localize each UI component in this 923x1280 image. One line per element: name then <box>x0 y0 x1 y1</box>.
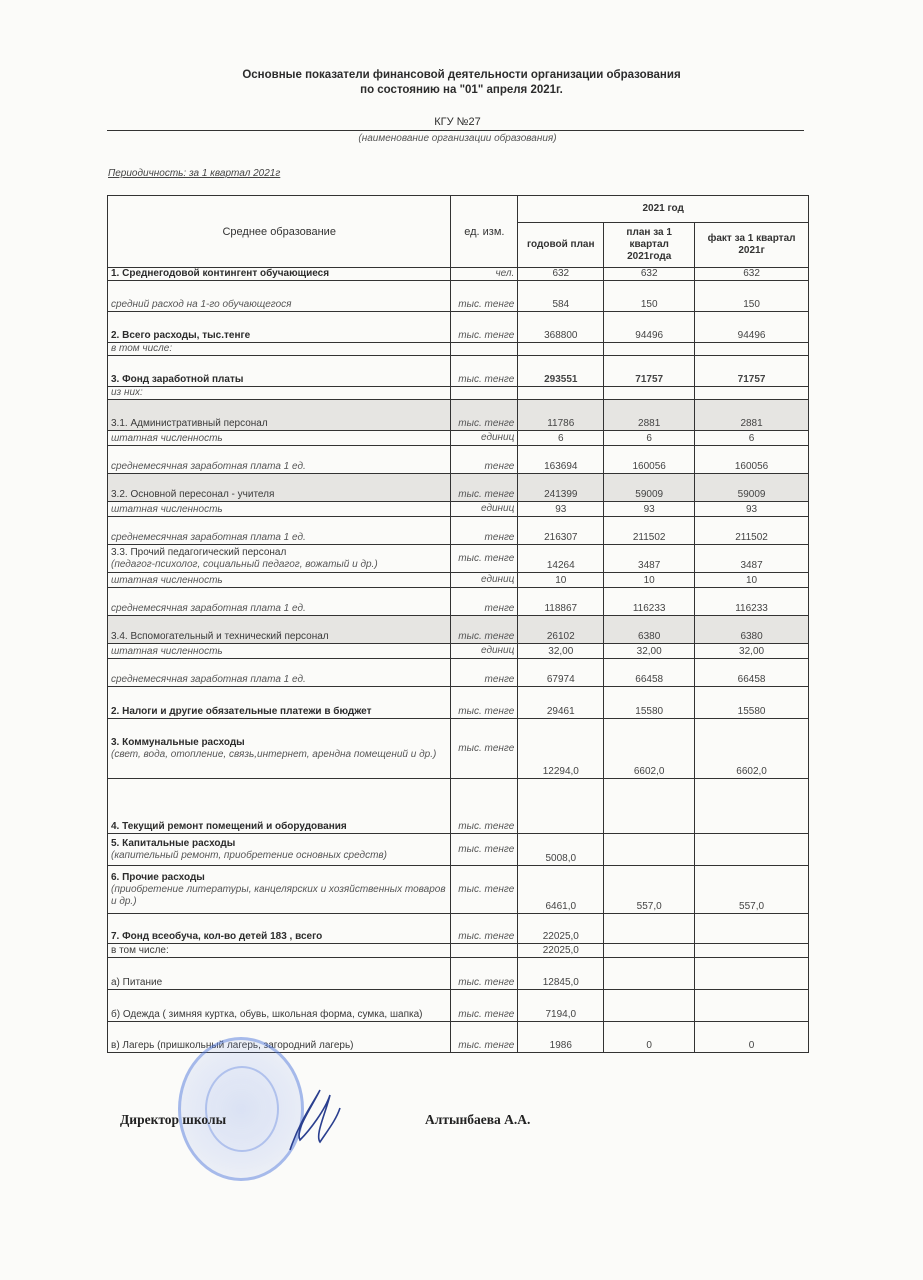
row-label: среднемесячная заработная плата 1 ед. <box>108 588 451 616</box>
row-value-annual: 14264 <box>518 545 604 573</box>
row-value-fact: 150 <box>695 281 809 312</box>
row-value-annual: 6 <box>518 431 604 446</box>
row-value-fact: 32,00 <box>695 644 809 659</box>
table-row: 3.1. Административный персоналтыс. тенге… <box>108 400 809 431</box>
col-header-annual: годовой план <box>518 223 604 268</box>
row-unit: тыс. тенге <box>451 474 518 502</box>
col-header-fact-q1: факт за 1 квартал 2021г <box>695 223 809 268</box>
row-value-plan: 15580 <box>604 687 695 719</box>
organization-underline <box>107 130 804 131</box>
row-value-fact: 3487 <box>695 545 809 573</box>
row-value-plan <box>604 779 695 834</box>
row-unit: тыс. тенге <box>451 400 518 431</box>
signature-name: Алтынбаева А.А. <box>425 1112 530 1128</box>
row-unit: единиц <box>451 431 518 446</box>
row-label: штатная численность <box>108 573 451 588</box>
organization-caption: (наименование организации образования) <box>107 133 808 144</box>
row-value-plan: 160056 <box>604 446 695 474</box>
row-value-plan <box>604 343 695 356</box>
table-row: из них: <box>108 387 809 400</box>
row-value-plan <box>604 914 695 944</box>
row-unit: тыс. тенге <box>451 779 518 834</box>
stamp-emblem <box>205 1066 279 1152</box>
row-label: штатная численность <box>108 431 451 446</box>
row-value-fact: 10 <box>695 573 809 588</box>
row-label: а) Питание <box>108 958 451 990</box>
row-label-text: среднемесячная заработная плата 1 ед. <box>111 532 306 543</box>
row-unit: тыс. тенге <box>451 312 518 343</box>
row-value-fact: 116233 <box>695 588 809 616</box>
row-label: 6. Прочие расходы(приобретение литератур… <box>108 866 451 914</box>
row-sublabel: (педагог-психолог, социальный педагог, в… <box>111 559 447 571</box>
row-label-text: в том числе: <box>111 343 172 354</box>
row-value-plan: 32,00 <box>604 644 695 659</box>
row-value-annual: 163694 <box>518 446 604 474</box>
row-unit: тыс. тенге <box>451 990 518 1022</box>
row-value-plan: 3487 <box>604 545 695 573</box>
table-row: 3.3. Прочий педагогический персонал(педа… <box>108 545 809 573</box>
col-header-year: 2021 год <box>518 196 809 223</box>
row-value-fact <box>695 834 809 866</box>
row-label-text: б) Одежда ( зимняя куртка, обувь, школьн… <box>111 1009 422 1020</box>
table-row: среднемесячная заработная плата 1 ед.тен… <box>108 446 809 474</box>
table-row: штатная численностьединиц666 <box>108 431 809 446</box>
row-unit: тенге <box>451 588 518 616</box>
row-label: 1. Среднегодовой контингент обучающиеся <box>108 268 451 281</box>
row-value-annual <box>518 387 604 400</box>
row-value-annual: 93 <box>518 502 604 517</box>
row-value-plan: 10 <box>604 573 695 588</box>
row-value-plan: 557,0 <box>604 866 695 914</box>
row-label-text: 3. Коммунальные расходы <box>111 737 245 748</box>
table-row: б) Одежда ( зимняя куртка, обувь, школьн… <box>108 990 809 1022</box>
row-value-fact <box>695 944 809 958</box>
row-value-plan: 6380 <box>604 616 695 644</box>
row-value-annual: 241399 <box>518 474 604 502</box>
row-unit: тыс. тенге <box>451 545 518 573</box>
row-sublabel: (капительный ремонт, приобретение основн… <box>111 850 447 862</box>
row-value-plan: 66458 <box>604 659 695 687</box>
row-unit: тенге <box>451 446 518 474</box>
row-value-plan <box>604 944 695 958</box>
row-value-plan <box>604 958 695 990</box>
signature-position: Директор школы <box>120 1112 226 1128</box>
row-value-plan: 59009 <box>604 474 695 502</box>
row-unit: тыс. тенге <box>451 1022 518 1053</box>
table-row: 6. Прочие расходы(приобретение литератур… <box>108 866 809 914</box>
row-value-plan <box>604 834 695 866</box>
row-value-plan: 632 <box>604 268 695 281</box>
row-value-fact <box>695 990 809 1022</box>
row-label: из них: <box>108 387 451 400</box>
row-label-text: 2. Всего расходы, тыс.тенге <box>111 330 250 341</box>
title-line-2: по состоянию на "01" апреля 2021г. <box>0 83 923 98</box>
row-label-text: а) Питание <box>111 977 162 988</box>
row-label-text: штатная численность <box>111 575 223 586</box>
table-row: 2. Налоги и другие обязательные платежи … <box>108 687 809 719</box>
row-value-annual: 368800 <box>518 312 604 343</box>
row-value-fact: 0 <box>695 1022 809 1053</box>
row-label-text: 2. Налоги и другие обязательные платежи … <box>111 706 372 717</box>
title-line-1: Основные показатели финансовой деятельно… <box>0 68 923 83</box>
row-value-fact <box>695 779 809 834</box>
row-value-annual: 26102 <box>518 616 604 644</box>
row-unit: тыс. тенге <box>451 958 518 990</box>
row-label: 3.2. Основной пересонал - учителя <box>108 474 451 502</box>
row-unit: тыс. тенге <box>451 281 518 312</box>
row-value-annual: 22025,0 <box>518 944 604 958</box>
row-unit <box>451 944 518 958</box>
row-label-text: в том числе: <box>111 945 169 956</box>
row-unit: тыс. тенге <box>451 687 518 719</box>
row-value-fact <box>695 958 809 990</box>
row-value-annual: 22025,0 <box>518 914 604 944</box>
row-value-fact <box>695 914 809 944</box>
row-label-text: 4. Текущий ремонт помещений и оборудован… <box>111 821 347 832</box>
row-label-text: 5. Капитальные расходы <box>111 838 235 849</box>
row-value-annual: 118867 <box>518 588 604 616</box>
table-header-row: Среднее образование ед. изм. 2021 год <box>108 196 809 223</box>
row-label: штатная численность <box>108 644 451 659</box>
row-value-plan: 211502 <box>604 517 695 545</box>
row-value-plan: 94496 <box>604 312 695 343</box>
row-value-fact: 6 <box>695 431 809 446</box>
row-value-fact: 66458 <box>695 659 809 687</box>
row-value-fact: 632 <box>695 268 809 281</box>
table-row: а) Питаниетыс. тенге12845,0 <box>108 958 809 990</box>
row-label-text: 1. Среднегодовой контингент обучающиеся <box>111 268 329 279</box>
table-row: средний расход на 1-го обучающегосятыс. … <box>108 281 809 312</box>
row-label-text: среднемесячная заработная плата 1 ед. <box>111 603 306 614</box>
row-value-annual: 632 <box>518 268 604 281</box>
row-label-text: 6. Прочие расходы <box>111 872 205 883</box>
row-label: среднемесячная заработная плата 1 ед. <box>108 659 451 687</box>
row-label: штатная численность <box>108 502 451 517</box>
row-label-text: 3.1. Административный персонал <box>111 418 268 429</box>
row-value-annual: 67974 <box>518 659 604 687</box>
row-value-annual <box>518 343 604 356</box>
row-value-fact: 15580 <box>695 687 809 719</box>
row-value-annual: 12845,0 <box>518 958 604 990</box>
row-label-text: штатная численность <box>111 433 223 444</box>
row-sublabel: (приобретение литературы, канцелярских и… <box>111 884 447 908</box>
row-value-plan <box>604 990 695 1022</box>
row-value-plan: 93 <box>604 502 695 517</box>
organization-name: КГУ №27 <box>107 116 808 128</box>
financial-table: Среднее образование ед. изм. 2021 год го… <box>107 195 809 1053</box>
table-row: 4. Текущий ремонт помещений и оборудован… <box>108 779 809 834</box>
row-label-text: штатная численность <box>111 646 223 657</box>
row-label: в том числе: <box>108 944 451 958</box>
row-value-fact <box>695 343 809 356</box>
row-label: 3.4. Вспомогательный и технический персо… <box>108 616 451 644</box>
row-label-text: среднемесячная заработная плата 1 ед. <box>111 674 306 685</box>
table-row: среднемесячная заработная плата 1 ед.тен… <box>108 659 809 687</box>
table-row: штатная численностьединиц939393 <box>108 502 809 517</box>
table-row: в том числе: <box>108 343 809 356</box>
row-unit: тыс. тенге <box>451 834 518 866</box>
row-value-fact: 93 <box>695 502 809 517</box>
row-label-text: средний расход на 1-го обучающегося <box>111 299 292 310</box>
row-label: 3. Коммунальные расходы(свет, вода, отоп… <box>108 719 451 779</box>
row-value-annual: 6461,0 <box>518 866 604 914</box>
row-value-fact: 6602,0 <box>695 719 809 779</box>
row-unit: единиц <box>451 502 518 517</box>
row-value-annual: 216307 <box>518 517 604 545</box>
row-value-plan: 150 <box>604 281 695 312</box>
row-label: б) Одежда ( зимняя куртка, обувь, школьн… <box>108 990 451 1022</box>
document-title: Основные показатели финансовой деятельно… <box>0 68 923 98</box>
table-row: 1. Среднегодовой контингент обучающиесяч… <box>108 268 809 281</box>
table-row: штатная численностьединиц32,0032,0032,00 <box>108 644 809 659</box>
row-value-plan: 6 <box>604 431 695 446</box>
table-row: 3.4. Вспомогательный и технический персо… <box>108 616 809 644</box>
row-sublabel: (свет, вода, отопление, связь,интернет, … <box>111 749 447 761</box>
table-row: 5. Капитальные расходы(капительный ремон… <box>108 834 809 866</box>
row-unit: единиц <box>451 573 518 588</box>
row-value-annual: 29461 <box>518 687 604 719</box>
row-unit: тыс. тенге <box>451 616 518 644</box>
row-unit: тенге <box>451 517 518 545</box>
row-label-text: 3. Фонд заработной платы <box>111 374 243 385</box>
row-unit <box>451 343 518 356</box>
row-value-annual: 584 <box>518 281 604 312</box>
row-label-text: 7. Фонд всеобуча, кол-во детей 183 , все… <box>111 931 322 942</box>
col-header-name: Среднее образование <box>108 196 451 268</box>
row-label-text: 3.2. Основной пересонал - учителя <box>111 489 274 500</box>
row-label: 2. Налоги и другие обязательные платежи … <box>108 687 451 719</box>
row-label: 7. Фонд всеобуча, кол-во детей 183 , все… <box>108 914 451 944</box>
row-value-fact: 6380 <box>695 616 809 644</box>
row-value-annual: 11786 <box>518 400 604 431</box>
periodicity: Периодичность: за 1 квартал 2021г <box>108 168 280 179</box>
table-row: 3. Коммунальные расходы(свет, вода, отоп… <box>108 719 809 779</box>
row-value-plan <box>604 387 695 400</box>
row-value-annual: 32,00 <box>518 644 604 659</box>
row-value-plan: 116233 <box>604 588 695 616</box>
row-value-annual: 7194,0 <box>518 990 604 1022</box>
row-value-plan: 2881 <box>604 400 695 431</box>
table-row: 7. Фонд всеобуча, кол-во детей 183 , все… <box>108 914 809 944</box>
row-label-text: штатная численность <box>111 504 223 515</box>
row-value-fact: 59009 <box>695 474 809 502</box>
row-label: 4. Текущий ремонт помещений и оборудован… <box>108 779 451 834</box>
row-label-text: 3.4. Вспомогательный и технический персо… <box>111 631 329 642</box>
row-unit: тыс. тенге <box>451 356 518 387</box>
row-label: средний расход на 1-го обучающегося <box>108 281 451 312</box>
row-value-annual: 10 <box>518 573 604 588</box>
row-label-text: 3.3. Прочий педагогический персонал <box>111 547 286 558</box>
row-label: 3.1. Административный персонал <box>108 400 451 431</box>
row-value-fact: 211502 <box>695 517 809 545</box>
row-value-fact <box>695 387 809 400</box>
row-label: 3.3. Прочий педагогический персонал(педа… <box>108 545 451 573</box>
table-row: в том числе:22025,0 <box>108 944 809 958</box>
row-label: 5. Капитальные расходы(капительный ремон… <box>108 834 451 866</box>
col-header-unit: ед. изм. <box>451 196 518 268</box>
row-value-plan: 6602,0 <box>604 719 695 779</box>
row-unit: чел. <box>451 268 518 281</box>
row-label-text: из них: <box>111 387 143 398</box>
row-label: среднемесячная заработная плата 1 ед. <box>108 446 451 474</box>
row-label: среднемесячная заработная плата 1 ед. <box>108 517 451 545</box>
row-unit: единиц <box>451 644 518 659</box>
row-value-fact: 71757 <box>695 356 809 387</box>
row-label-text: среднемесячная заработная плата 1 ед. <box>111 461 306 472</box>
row-value-annual: 1986 <box>518 1022 604 1053</box>
row-value-plan: 71757 <box>604 356 695 387</box>
row-label: 2. Всего расходы, тыс.тенге <box>108 312 451 343</box>
row-value-fact: 557,0 <box>695 866 809 914</box>
row-value-fact: 2881 <box>695 400 809 431</box>
row-unit: тыс. тенге <box>451 719 518 779</box>
table-row: 3.2. Основной пересонал - учителятыс. те… <box>108 474 809 502</box>
row-value-annual: 5008,0 <box>518 834 604 866</box>
table-row: штатная численностьединиц101010 <box>108 573 809 588</box>
row-value-annual: 293551 <box>518 356 604 387</box>
row-unit: тыс. тенге <box>451 914 518 944</box>
row-label: в) Лагерь (пришкольный лагерь, загородни… <box>108 1022 451 1053</box>
table-row: среднемесячная заработная плата 1 ед.тен… <box>108 588 809 616</box>
row-value-annual <box>518 779 604 834</box>
row-label: 3. Фонд заработной платы <box>108 356 451 387</box>
row-value-fact: 94496 <box>695 312 809 343</box>
col-header-plan-q1: план за 1 квартал 2021года <box>604 223 695 268</box>
row-value-plan: 0 <box>604 1022 695 1053</box>
row-value-fact: 160056 <box>695 446 809 474</box>
row-unit <box>451 387 518 400</box>
row-unit: тыс. тенге <box>451 866 518 914</box>
row-label: в том числе: <box>108 343 451 356</box>
table-row: среднемесячная заработная плата 1 ед.тен… <box>108 517 809 545</box>
table-row: 3. Фонд заработной платытыс. тенге293551… <box>108 356 809 387</box>
signature-mark <box>270 1080 350 1160</box>
table-row: 2. Всего расходы, тыс.тенгетыс. тенге368… <box>108 312 809 343</box>
row-unit: тенге <box>451 659 518 687</box>
row-value-annual: 12294,0 <box>518 719 604 779</box>
